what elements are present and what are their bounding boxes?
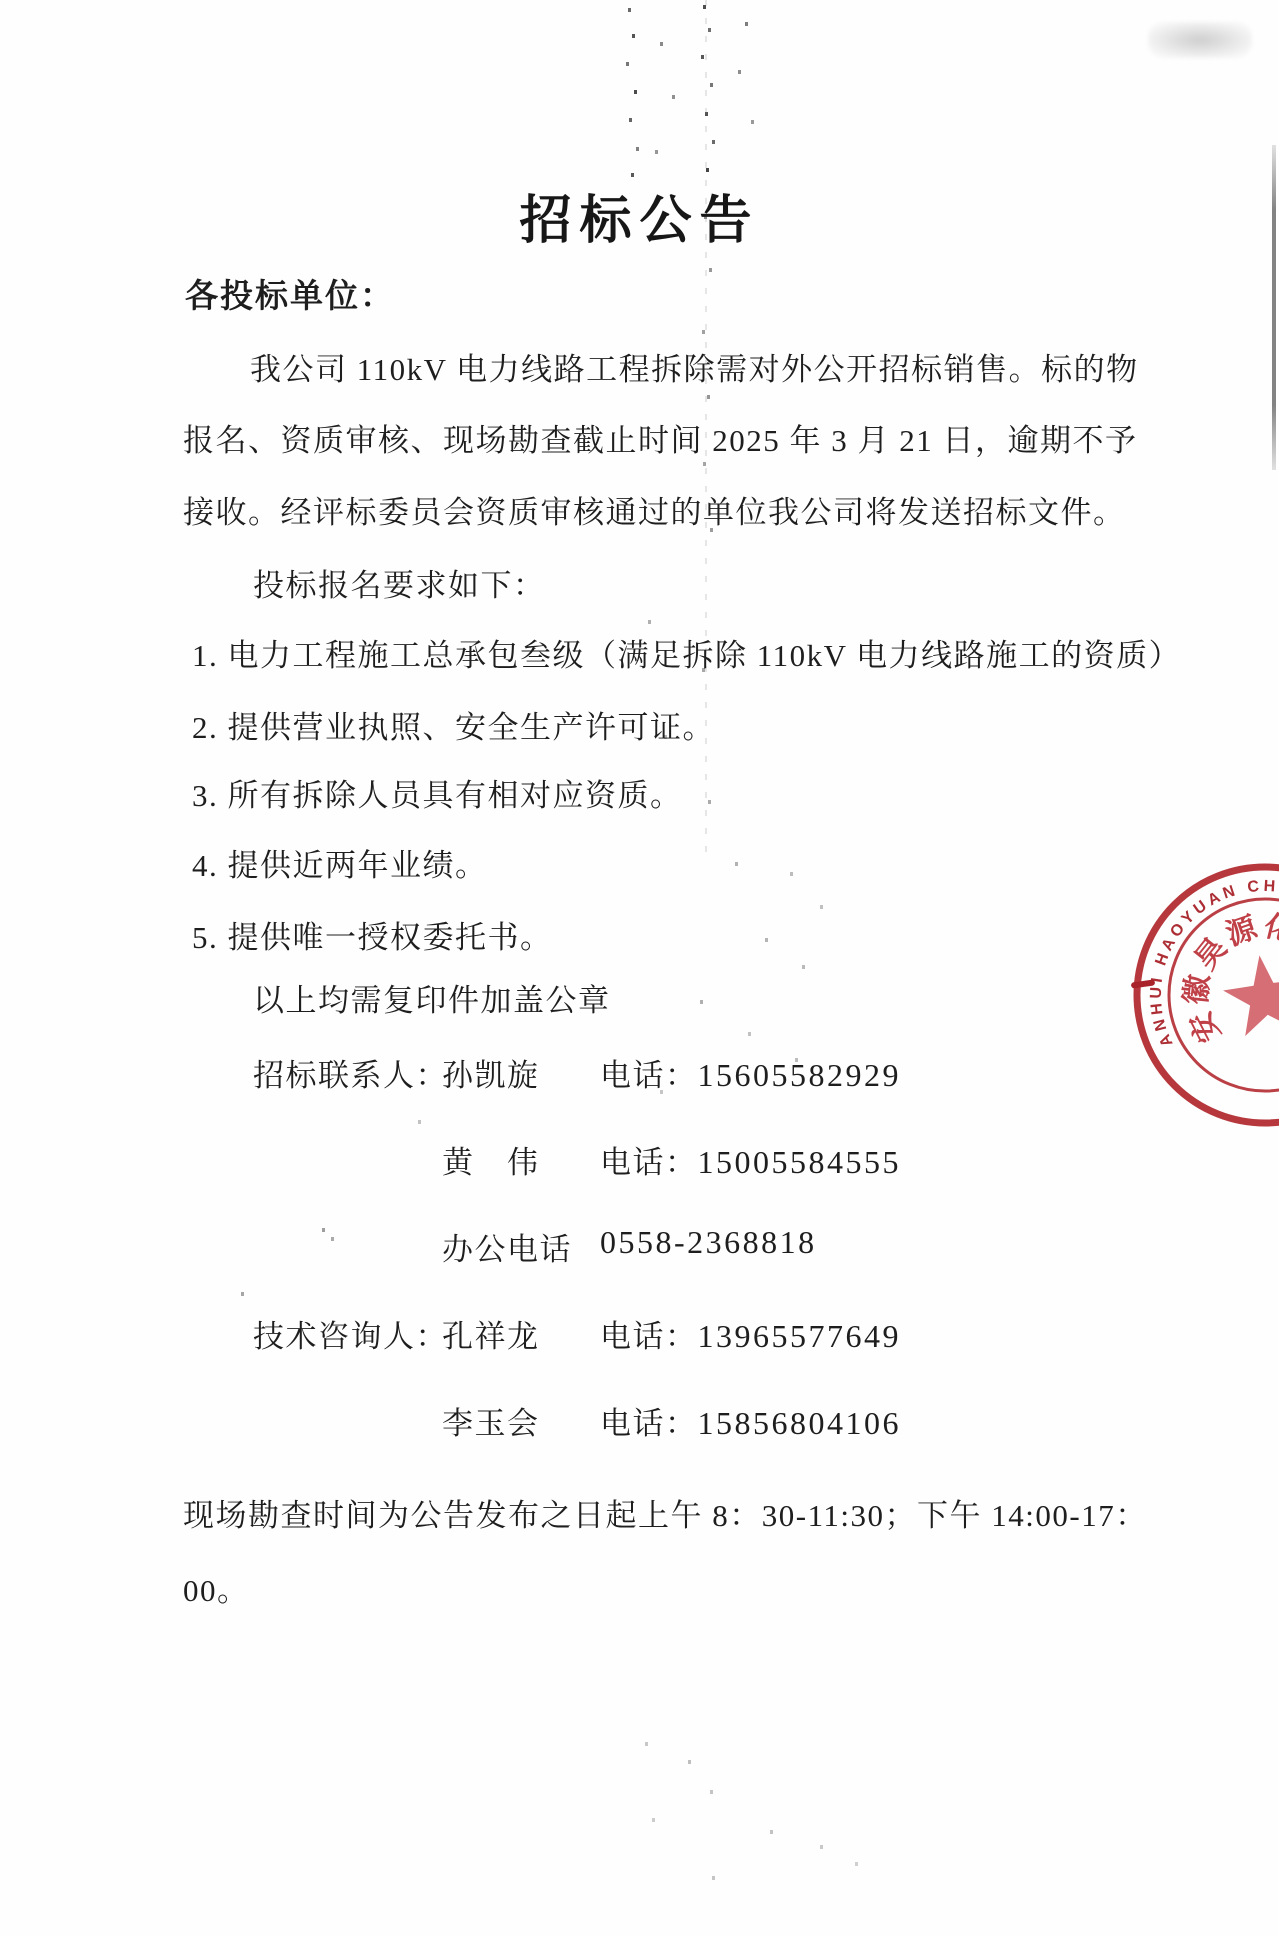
requirements-heading: 投标报名要求如下： xyxy=(253,560,546,605)
star-icon xyxy=(1219,950,1279,1038)
phone-label: 电话： xyxy=(600,1406,698,1441)
company-stamp: ANHUI HAOYUAN CHEMICAL 安徽昊源化工 xyxy=(1115,845,1279,1145)
stamp-dash-separator xyxy=(1131,979,1156,988)
stamp-english-text: ANHUI HAOYUAN CHEMICAL xyxy=(1148,878,1279,1049)
paragraph-line: 接收。经评标委员会资质审核通过的单位我公司将发送招标文件。 xyxy=(183,487,1126,532)
contact-name: 办公电话 xyxy=(442,1224,572,1269)
phone-label: 电话： xyxy=(600,1319,698,1354)
paragraph-line: 报名、资质审核、现场勘查截止时间 2025 年 3 月 21 日，逾期不予 xyxy=(183,415,1138,460)
contact-label: 技术咨询人： xyxy=(253,1311,448,1356)
contact-name: 孔祥龙 xyxy=(442,1311,540,1356)
contact-phone: 电话：13965577649 xyxy=(600,1311,901,1356)
phone-number: 13965577649 xyxy=(698,1318,902,1354)
contact-row: 黄 伟 电话：15005584555 xyxy=(0,1137,1279,1177)
requirement-item: 5. 提供唯一授权委托书。 xyxy=(192,912,553,957)
scan-noise-middle xyxy=(0,0,3,4)
contact-name: 李玉会 xyxy=(442,1398,540,1443)
survey-time-line: 现场勘查时间为公告发布之日起上午 8：30-11:30；下午 14:00-17： xyxy=(183,1490,1148,1535)
contact-label: 招标联系人： xyxy=(253,1050,448,1095)
scanned-document-page: { "document": { "title": "招标公告", "saluta… xyxy=(0,0,1279,1936)
contact-phone: 0558-2368818 xyxy=(600,1224,817,1261)
phone-number: 15605582929 xyxy=(698,1057,902,1093)
contact-row: 办公电话 0558-2368818 xyxy=(0,1224,1279,1264)
scan-noise-bottom xyxy=(0,0,3,4)
scan-smudge-top-right xyxy=(1148,22,1252,58)
salutation: 各投标单位： xyxy=(185,270,395,317)
contact-phone: 电话：15605582929 xyxy=(600,1050,901,1095)
phone-label: 电话： xyxy=(600,1145,698,1180)
phone-number: 15856804106 xyxy=(698,1405,902,1441)
contact-row: 李玉会 电话：15856804106 xyxy=(0,1398,1279,1438)
paragraph-line: 我公司 110kV 电力线路工程拆除需对外公开招标销售。标的物 xyxy=(250,344,1139,389)
requirement-item: 1. 电力工程施工总承包叁级（满足拆除 110kV 电力线路施工的资质） xyxy=(192,630,1181,675)
phone-number: 0558-2368818 xyxy=(600,1224,817,1260)
requirement-item: 2. 提供营业执照、安全生产许可证。 xyxy=(192,702,715,747)
phone-number: 15005584555 xyxy=(698,1144,902,1180)
contact-row: 招标联系人： 孙凯旋 电话：15605582929 xyxy=(0,1050,1279,1090)
stamp-note: 以上均需复印件加盖公章 xyxy=(253,975,611,1020)
contact-phone: 电话：15856804106 xyxy=(600,1398,901,1443)
requirement-item: 4. 提供近两年业绩。 xyxy=(192,840,488,885)
page-title: 招标公告 xyxy=(0,178,1279,253)
contact-row: 技术咨询人： 孔祥龙 电话：13965577649 xyxy=(0,1311,1279,1351)
contact-phone: 电话：15005584555 xyxy=(600,1137,901,1182)
contact-name: 孙凯旋 xyxy=(442,1050,540,1095)
stamp-chinese-text: 安徽昊源化工 xyxy=(1180,909,1279,1048)
requirement-item: 3. 所有拆除人员具有相对应资质。 xyxy=(192,770,683,815)
phone-label: 电话： xyxy=(600,1058,698,1093)
scan-noise-top xyxy=(0,0,3,4)
survey-time-line: 00。 xyxy=(183,1565,250,1610)
contact-name: 黄 伟 xyxy=(442,1137,540,1182)
